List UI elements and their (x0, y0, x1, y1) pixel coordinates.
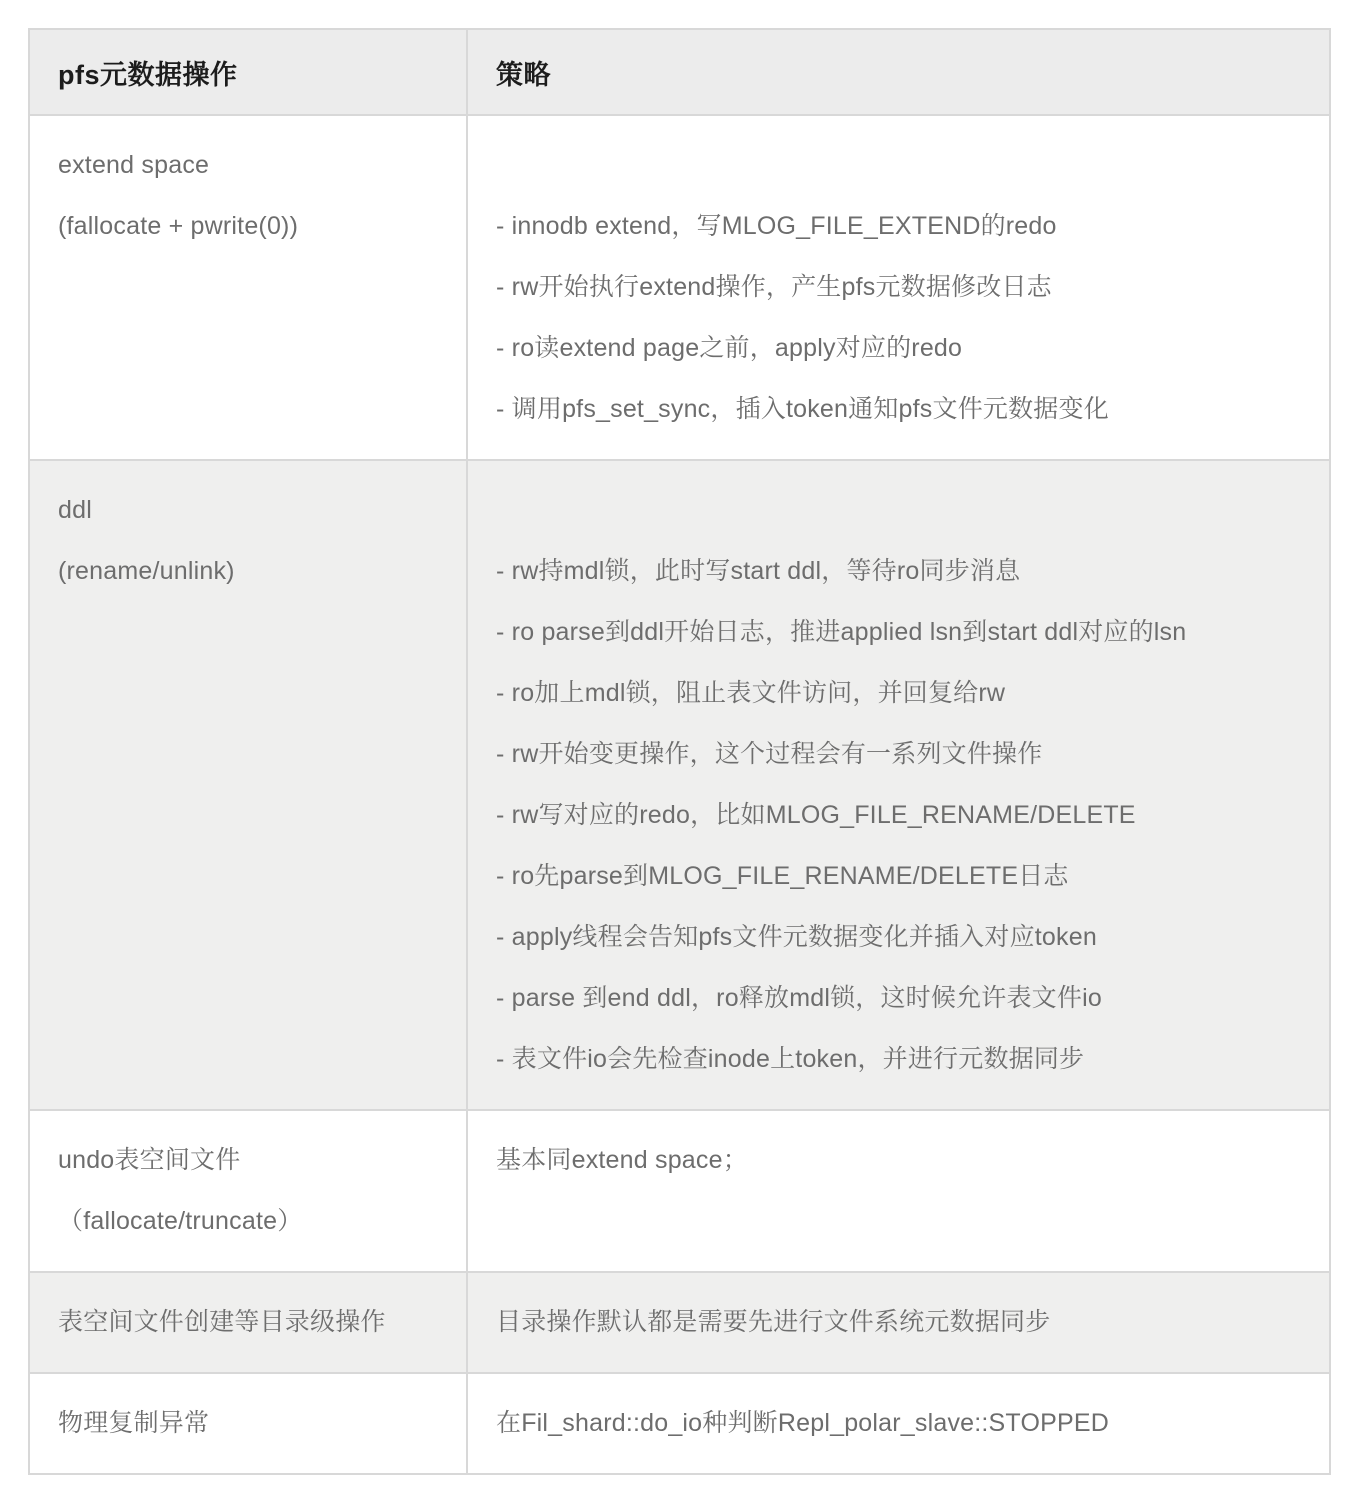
blank-line (496, 495, 1301, 526)
strategy-item: - ro加上mdl锁，阻止表文件访问，并回复给rw (496, 678, 1301, 709)
table-row: ddl (rename/unlink) - rw持mdl锁，此时写start d… (29, 460, 1330, 1110)
strategy-item: - parse 到end ddl，ro释放mdl锁，这时候允许表文件io (496, 983, 1301, 1014)
op-cell: extend space (fallocate + pwrite(0)) (29, 115, 467, 460)
table-row: undo表空间文件 （fallocate/truncate） 基本同extend… (29, 1110, 1330, 1272)
strategy-item: - ro parse到ddl开始日志，推进applied lsn到start d… (496, 617, 1301, 648)
table-row: extend space (fallocate + pwrite(0)) - i… (29, 115, 1330, 460)
strategy-item: - 调用pfs_set_sync，插入token通知pfs文件元数据变化 (496, 394, 1301, 425)
strategy-cell: 目录操作默认都是需要先进行文件系统元数据同步 (467, 1272, 1330, 1373)
pfs-metadata-table: pfs元数据操作 策略 extend space (fallocate + pw… (28, 28, 1331, 1475)
header-row: pfs元数据操作 策略 (29, 29, 1330, 115)
table-row: 表空间文件创建等目录级操作 目录操作默认都是需要先进行文件系统元数据同步 (29, 1272, 1330, 1373)
strategy-item: - ro读extend page之前，apply对应的redo (496, 333, 1301, 364)
op-text: ddl (58, 495, 438, 526)
op-text: (fallocate + pwrite(0)) (58, 211, 438, 242)
blank-line (496, 150, 1301, 181)
header-cell-op: pfs元数据操作 (29, 29, 467, 115)
op-text: 表空间文件创建等目录级操作 (58, 1307, 438, 1338)
strategy-cell: 基本同extend space； (467, 1110, 1330, 1272)
strategy-cell: 在Fil_shard::do_io种判断Repl_polar_slave::ST… (467, 1373, 1330, 1474)
op-cell: undo表空间文件 （fallocate/truncate） (29, 1110, 467, 1272)
strategy-item: 目录操作默认都是需要先进行文件系统元数据同步 (496, 1307, 1301, 1338)
strategy-item: - rw开始执行extend操作，产生pfs元数据修改日志 (496, 272, 1301, 303)
op-text: (rename/unlink) (58, 556, 438, 587)
op-cell: 物理复制异常 (29, 1373, 467, 1474)
header-cell-strategy: 策略 (467, 29, 1330, 115)
strategy-cell: - rw持mdl锁，此时写start ddl，等待ro同步消息 - ro par… (467, 460, 1330, 1110)
strategy-item: - apply线程会告知pfs文件元数据变化并插入对应token (496, 922, 1301, 953)
op-text: extend space (58, 150, 438, 181)
op-cell: ddl (rename/unlink) (29, 460, 467, 1110)
table-row: 物理复制异常 在Fil_shard::do_io种判断Repl_polar_sl… (29, 1373, 1330, 1474)
strategy-item: - rw持mdl锁，此时写start ddl，等待ro同步消息 (496, 556, 1301, 587)
op-text: undo表空间文件 (58, 1145, 438, 1176)
op-cell: 表空间文件创建等目录级操作 (29, 1272, 467, 1373)
op-text: 物理复制异常 (58, 1408, 438, 1439)
strategy-item: - 表文件io会先检查inode上token，并进行元数据同步 (496, 1044, 1301, 1075)
strategy-item: - ro先parse到MLOG_FILE_RENAME/DELETE日志 (496, 861, 1301, 892)
strategy-item: - innodb extend，写MLOG_FILE_EXTEND的redo (496, 211, 1301, 242)
strategy-item: - rw开始变更操作，这个过程会有一系列文件操作 (496, 739, 1301, 770)
strategy-cell: - innodb extend，写MLOG_FILE_EXTEND的redo -… (467, 115, 1330, 460)
strategy-item: 基本同extend space； (496, 1145, 1301, 1176)
strategy-item: 在Fil_shard::do_io种判断Repl_polar_slave::ST… (496, 1408, 1301, 1439)
op-text: （fallocate/truncate） (58, 1206, 438, 1237)
page: pfs元数据操作 策略 extend space (fallocate + pw… (0, 0, 1358, 1500)
strategy-item: - rw写对应的redo，比如MLOG_FILE_RENAME/DELETE (496, 800, 1301, 831)
